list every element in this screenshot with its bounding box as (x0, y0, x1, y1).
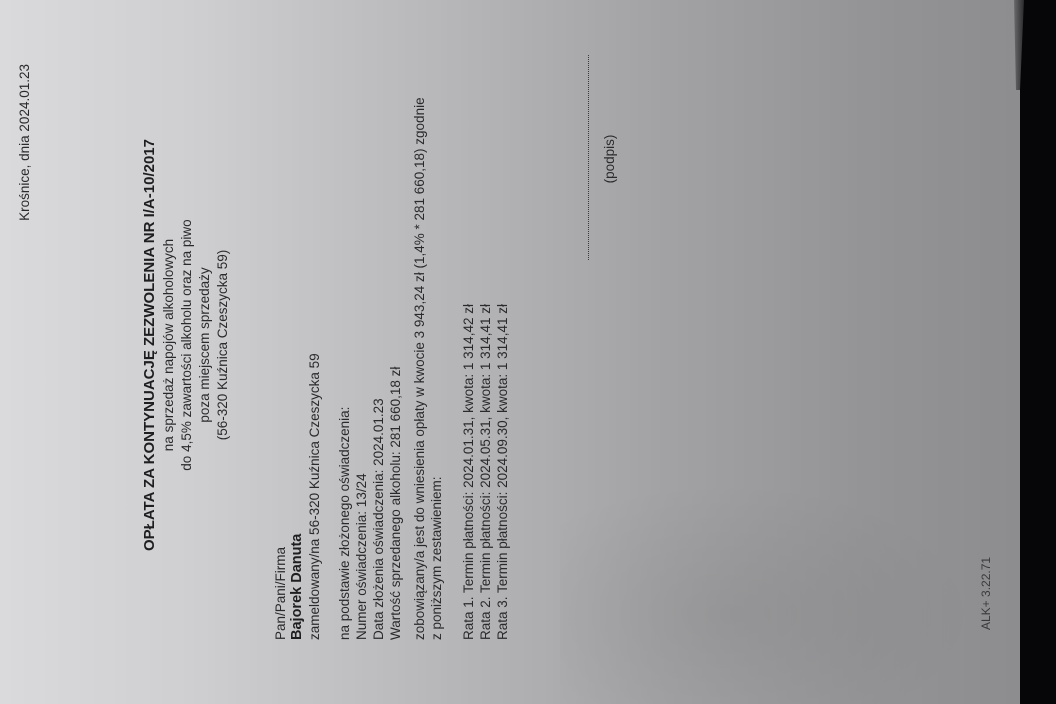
subtitle-line-2: do 4,5% zawartości alkoholu oraz na piwo (178, 130, 196, 560)
installment-3: Rata 3. Termin płatności: 2024.09.30, kw… (494, 304, 511, 640)
document-page: Krośnice, dnia 2024.01.23 OPŁATA ZA KONT… (0, 0, 1056, 704)
obligation-line-1: zobowiązany/a jest do wniesienia opłaty … (411, 97, 428, 640)
title-block: OPŁATA ZA KONTYNUACJĘ ZEZWOLENIA NR I/A-… (140, 130, 232, 560)
obligation-block: zobowiązany/a jest do wniesienia opłaty … (411, 97, 445, 640)
signature-line (588, 55, 589, 260)
declaration-value: Wartość sprzedanego alkoholu: 281 660,18… (387, 367, 404, 640)
subtitle-line-1: na sprzedaż napojów alkoholowych (160, 130, 178, 560)
party-name: Bajorek Danuta (289, 353, 306, 640)
declaration-number: Numer oświadczenia: 13/24 (353, 367, 370, 640)
software-footer: ALK+ 3.22.71 (978, 557, 995, 630)
installments-list: Rata 1. Termin płatności: 2024.01.31, kw… (460, 304, 511, 640)
installment-2: Rata 2. Termin płatności: 2024.05.31, kw… (477, 304, 494, 640)
subtitle-line-4: (56-320 Kuźnica Czeszycka 59) (214, 130, 232, 560)
subtitle-line-3: poza miejscem sprzedaży (196, 130, 214, 560)
declaration-intro: na podstawie złożonego oświadczenia: (336, 367, 353, 640)
party-label: Pan/Pani/Firma (272, 353, 289, 640)
installment-1: Rata 1. Termin płatności: 2024.01.31, kw… (460, 304, 477, 640)
party-block: Pan/Pani/Firma Bajorek Danuta zameldowan… (272, 353, 323, 640)
declaration-block: na podstawie złożonego oświadczenia: Num… (336, 367, 404, 640)
place-date: Krośnice, dnia 2024.01.23 (16, 64, 33, 221)
obligation-line-2: z poniższym zestawieniem: (428, 97, 445, 640)
party-address: zameldowany/na 56-320 Kuźnica Czeszycka … (306, 353, 323, 640)
declaration-date: Data złożenia oświadczenia: 2024.01.23 (370, 367, 387, 640)
document-title: OPŁATA ZA KONTYNUACJĘ ZEZWOLENIA NR I/A-… (140, 130, 160, 560)
signature-label: (podpis) (601, 124, 618, 194)
